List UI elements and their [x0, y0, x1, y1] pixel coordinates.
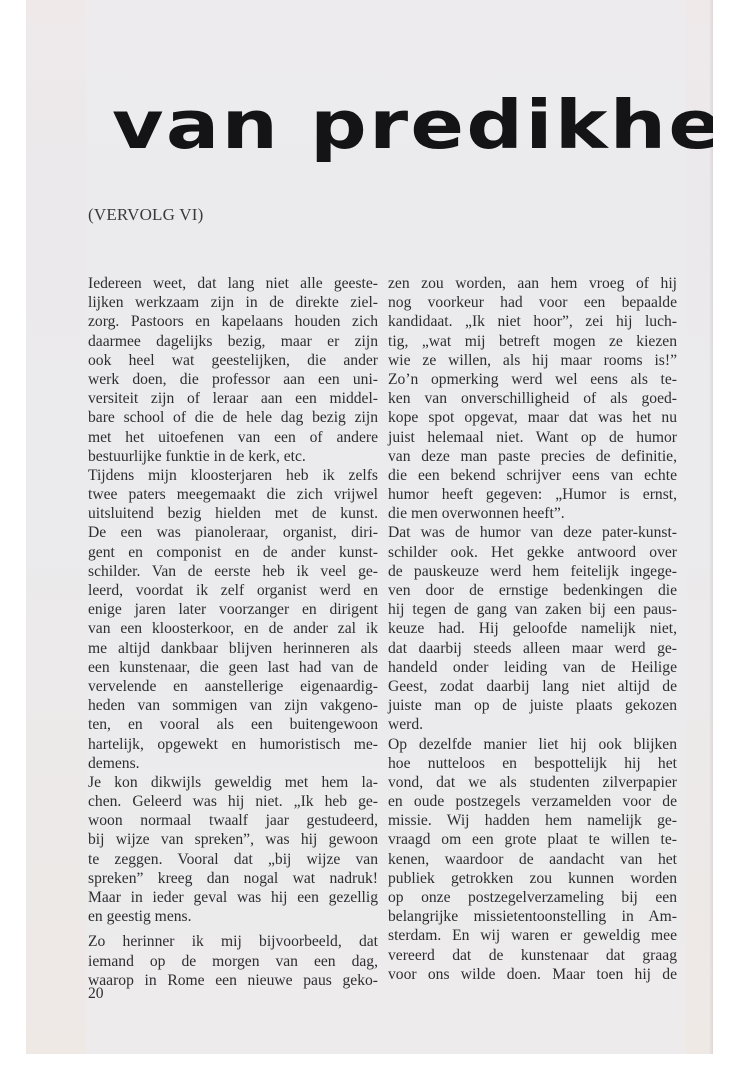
- text-line: humor heeft gegeven: „Humor is ernst,: [388, 485, 677, 504]
- text-line: werd.: [388, 715, 677, 734]
- text-line: ven door de ernstige bedenkingen die: [388, 581, 677, 600]
- text-line: Zo herinner ik mij bijvoorbeeld, dat: [88, 932, 378, 951]
- text-line: werk doen, die professor aan een uni-: [88, 370, 378, 389]
- text-line: enige jaren later voorzanger en dirigent: [88, 600, 378, 619]
- text-line: die een bekend schrijver eens van echte: [388, 466, 677, 485]
- text-line: Iedereen weet, dat lang niet alle geeste…: [88, 274, 378, 293]
- magazine-page: van predikheer (VERVOLG VI) Iedereen wee…: [26, 0, 713, 1054]
- text-line: uitsluitend bezig hielden met de kunst.: [88, 504, 378, 523]
- text-line: kope spot opgevat, maar dat was het nu: [388, 408, 677, 427]
- text-line: te zeggen. Vooral dat „bij wijze van: [88, 850, 378, 869]
- text-line: juiste man op de juiste plaats gekozen: [388, 696, 677, 715]
- text-line: leerd, voordat ik zelf organist werd en: [88, 581, 378, 600]
- text-line: ken van onverschilligheid of als goed-: [388, 389, 677, 408]
- text-line: voor ons wilde doen. Maar toen hij de: [388, 965, 677, 984]
- text-line: nog voorkeur had voor een bepaalde: [388, 293, 677, 312]
- text-line: ten, en vooral als een buitengewoon: [88, 715, 378, 734]
- text-line: van een kloosterkoor, en de ander zal ik: [88, 619, 378, 638]
- text-line: hartelijk, opgewekt en humoristisch me-: [88, 735, 378, 754]
- text-line: me altijd dankbaar blijven herinneren al…: [88, 639, 378, 658]
- article-title: van predikheer: [112, 92, 713, 159]
- text-line: en oude postzegels verzamelden voor de: [388, 792, 677, 811]
- text-line: Op dezelfde manier liet hij ook blijken: [388, 735, 677, 754]
- text-line: De een was pianoleraar, organist, diri-: [88, 523, 378, 542]
- text-line: spreken” kreeg dan nogal wat nadruk!: [88, 869, 378, 888]
- text-line: ook heel wat geestelijken, die ander: [88, 351, 378, 370]
- text-line: Je kon dikwijls geweldig met hem la-: [88, 773, 378, 792]
- text-line: vereerd dat de kunstenaar dat graag: [388, 946, 677, 965]
- text-line: chen. Geleerd was hij niet. „Ik heb ge-: [88, 792, 378, 811]
- text-line: vervelende en aanstellerige eigenaardig-: [88, 677, 378, 696]
- body-column-right: zen zou worden, aan hem vroeg of hijnog …: [388, 274, 677, 984]
- article-subtitle: (VERVOLG VI): [88, 205, 203, 225]
- text-line: kandidaat. „Ik niet hoor”, zei hij luch-: [388, 312, 677, 331]
- text-line: hij tegen de gang van zaken bij een paus…: [388, 600, 677, 619]
- text-line: juist helemaal niet. Want op de humor: [388, 428, 677, 447]
- text-line: hoe nutteloos en bespottelijk hij het: [388, 754, 677, 773]
- text-line: dat daarbij steeds alleen maar werd ge-: [388, 639, 677, 658]
- text-line: missie. Wij hadden hem namelijk ge-: [388, 811, 677, 830]
- text-line: iemand op de morgen van een dag,: [88, 952, 378, 971]
- text-line: bare school of die de hele dag bezig zij…: [88, 408, 378, 427]
- text-line: daarmee dagelijks bezig, maar er zijn: [88, 332, 378, 351]
- text-line: schilder ook. Het gekke antwoord over: [388, 543, 677, 562]
- text-line: publiek getrokken zou kunnen worden: [388, 869, 677, 888]
- text-line: wie ze willen, als hij maar rooms is!”: [388, 351, 677, 370]
- text-line: gent en componist en de ander kunst-: [88, 543, 378, 562]
- text-line: en geestig mens.: [88, 907, 378, 926]
- text-line: woon normaal twaalf jaar gestudeerd,: [88, 811, 378, 830]
- text-line: Geest, zodat daarbij lang niet altijd de: [388, 677, 677, 696]
- text-line: de pauskeuze werd hem feitelijk ingege-: [388, 562, 677, 581]
- text-line: keuze had. Hij geloofde namelijk niet,: [388, 619, 677, 638]
- text-line: met het uitoefenen van een of andere: [88, 428, 378, 447]
- text-line: Maar in ieder geval was hij een gezellig: [88, 888, 378, 907]
- text-line: zorg. Pastoors en kapelaans houden zich: [88, 312, 378, 331]
- text-line: Tijdens mijn kloosterjaren heb ik zelfs: [88, 466, 378, 485]
- text-line: bij wijze van spreken”, was hij gewoon: [88, 830, 378, 849]
- text-line: Zo’n opmerking werd wel eens als te-: [388, 370, 677, 389]
- text-line: lijken werkzaam zijn in de direkte ziel-: [88, 293, 378, 312]
- text-line: bestuurlijke funktie in de kerk, etc.: [88, 447, 378, 466]
- text-line: zen zou worden, aan hem vroeg of hij: [388, 274, 677, 293]
- text-line: sterdam. En wij waren er geweldig mee: [388, 926, 677, 945]
- text-line: belangrijke missietentoonstelling in Am-: [388, 907, 677, 926]
- text-line: die men overwonnen heeft”.: [388, 504, 677, 523]
- text-line: vraagd om een grote plaat te willen te-: [388, 830, 677, 849]
- text-line: Dat was de humor van deze pater-kunst-: [388, 523, 677, 542]
- text-line: kenen, waardoor de aandacht van het: [388, 850, 677, 869]
- text-line: heden van sommigen van zijn vakgeno-: [88, 696, 378, 715]
- text-line: schilder. Van de eerste heb ik veel ge-: [88, 562, 378, 581]
- page-number: 20: [88, 985, 104, 1003]
- text-line: waarop in Rome een nieuwe paus geko-: [88, 971, 378, 990]
- text-line: tig, „wat mij betreft mogen ze kiezen: [388, 332, 677, 351]
- text-line: demens.: [88, 754, 378, 773]
- text-line: een kunstenaar, die geen last had van de: [88, 658, 378, 677]
- text-line: twee paters meegemaakt die zich vrijwel: [88, 485, 378, 504]
- body-column-left: Iedereen weet, dat lang niet alle geeste…: [88, 274, 378, 990]
- text-line: van deze man paste precies de definitie,: [388, 447, 677, 466]
- text-line: versiteit zijn of leraar aan een middel-: [88, 389, 378, 408]
- text-line: vond, dat we als studenten zilverpapier: [388, 773, 677, 792]
- text-line: handeld onder leiding van de Heilige: [388, 658, 677, 677]
- text-line: op onze postzegelverzameling bij een: [388, 888, 677, 907]
